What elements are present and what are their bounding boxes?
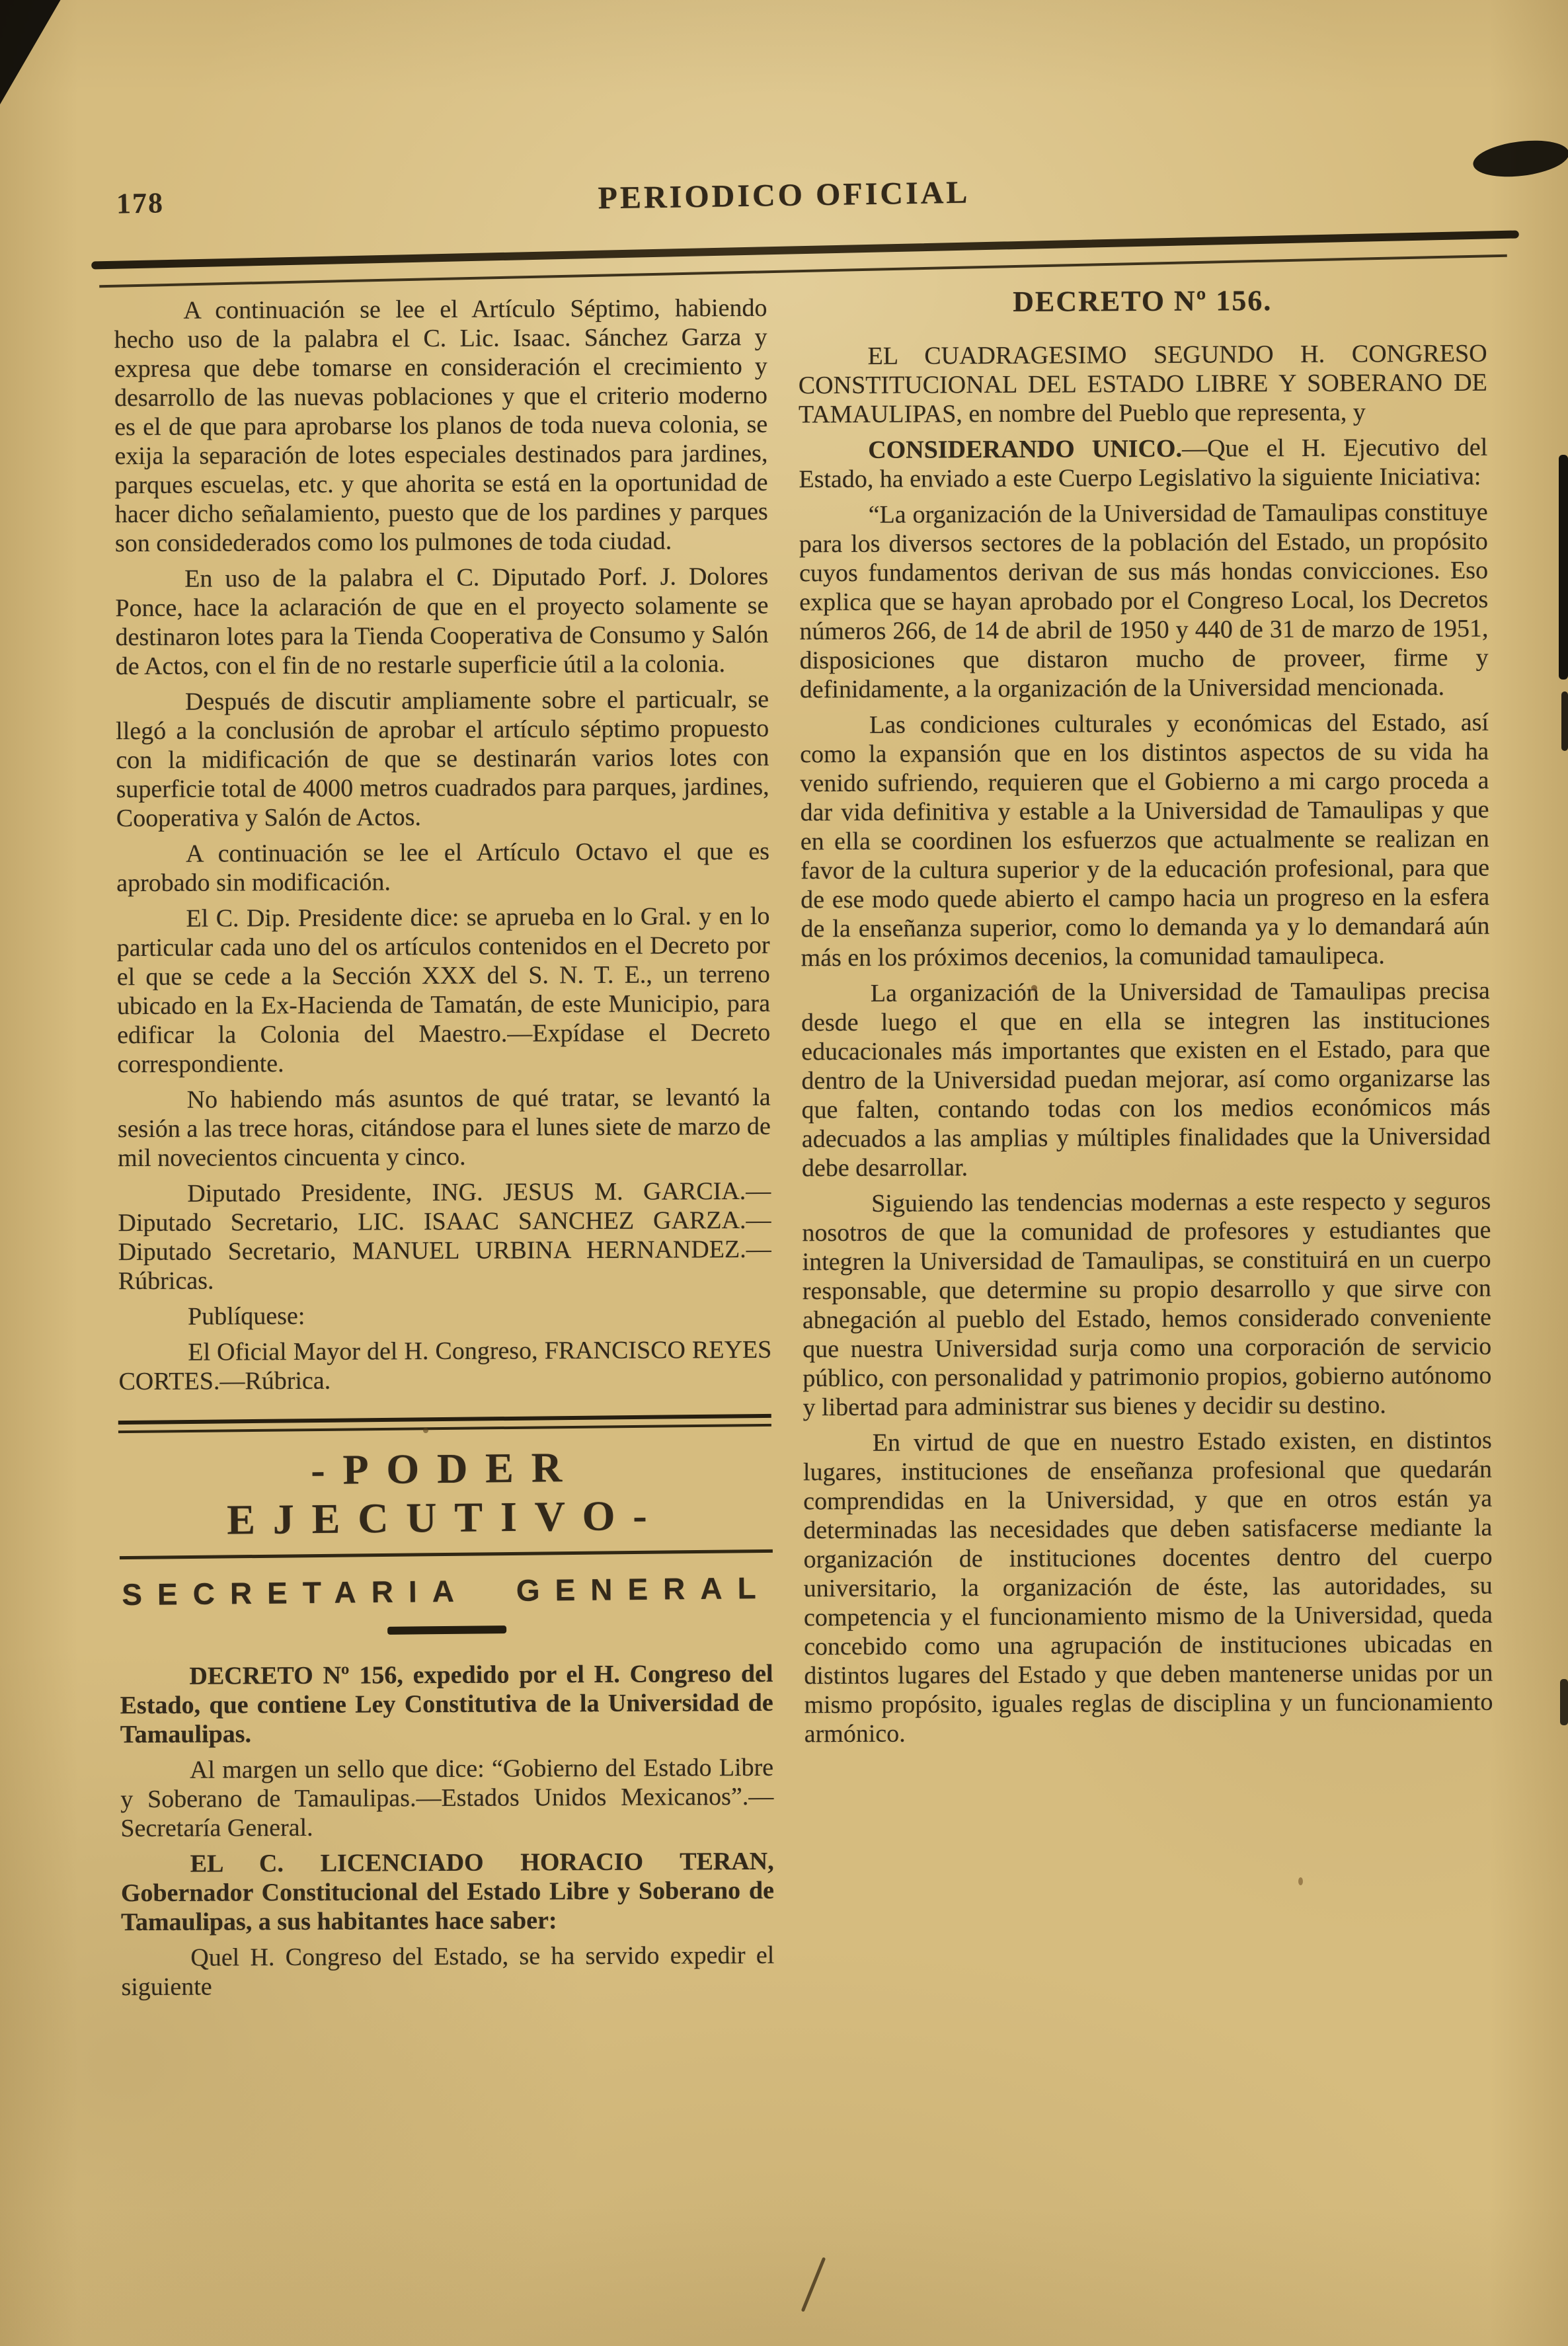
- paragraph-institutions: En virtud de que en nuestro Estado exist…: [803, 1426, 1493, 1749]
- masthead-title: PERIODICO OFICIAL: [0, 165, 1568, 225]
- left-column: A continuación se lee el Artículo Séptim…: [114, 293, 774, 2008]
- section-divider: [387, 1625, 506, 1635]
- poder-rule-bottom: [120, 1549, 773, 1559]
- right-column: DECRETO Nº 156. EL CUADRAGESIMO SEGUNDO …: [798, 283, 1493, 1756]
- considerando-label: CONSIDERANDO UNICO.: [868, 435, 1182, 464]
- paragraph-congress-issues: Quel H. Congreso del Estado, se ha servi…: [121, 1941, 774, 2002]
- paper-speck: [423, 1428, 428, 1433]
- poder-ejecutivo-section-header: -PODER EJECUTIVO- SECRETARIA GENERAL: [118, 1414, 773, 1637]
- poder-rule-top-thin: [118, 1424, 771, 1433]
- decreto-156-heading: DECRETO Nº 156.: [798, 283, 1487, 320]
- paragraph-president-approval: El C. Dip. Presidente dice: se aprueba e…: [116, 902, 770, 1079]
- paragraph-considerando: CONSIDERANDO UNICO.—Que el H. Ejecutivo …: [799, 433, 1487, 494]
- paper-speck: [1298, 1877, 1303, 1885]
- pen-slash-mark: [801, 2257, 826, 2312]
- paragraph-oficial-mayor: El Oficial Mayor del H. Congreso, FRANCI…: [118, 1335, 771, 1396]
- gazette-page: 178 PERIODICO OFICIAL A continuación se …: [0, 0, 1568, 2346]
- secretaria-general-title: SECRETARIA GENERAL: [120, 1570, 773, 1612]
- paragraph-article-seven: A continuación se lee el Artículo Séptim…: [114, 293, 768, 558]
- scan-artifact-right-edge-strip: [1559, 455, 1568, 680]
- paragraph-seal-margin: Al margen un sello que dice: “Gobierno d…: [120, 1753, 774, 1843]
- paragraph-article-eight: A continuación se lee el Artículo Octavo…: [116, 837, 769, 898]
- decreto-summary: DECRETO Nº 156, expedido por el H. Congr…: [120, 1659, 773, 1749]
- paragraph-conditions: Las condiciones culturales y económicas …: [800, 708, 1490, 973]
- scan-artifact-top-left-corner: [0, 0, 69, 104]
- paragraph-discussion-result: Después de discutir ampliamente sobre el…: [116, 685, 769, 833]
- scan-artifact-right-edge-strip-2: [1561, 691, 1568, 751]
- paragraph-organization: La organización de la Universidad de Tam…: [801, 976, 1491, 1183]
- paragraph-session-closing: No habiendo más asuntos de qué tratar, s…: [118, 1083, 771, 1173]
- paragraph-signatures: Diputado Presidente, ING. JESUS M. GARCI…: [118, 1177, 771, 1296]
- paragraph-dolores-ponce: En uso de la palabra el C. Diputado Porf…: [115, 562, 769, 681]
- paragraph-modern-tendencies: Siguiendo las tendencias modernas a este…: [802, 1187, 1492, 1423]
- paragraph-publiquese: Publíquese:: [118, 1300, 771, 1331]
- poder-ejecutivo-title: -PODER EJECUTIVO-: [118, 1441, 772, 1545]
- paragraph-congress-caps: EL CUADRAGESIMO SEGUNDO H. CONGRESO CONS…: [799, 339, 1488, 430]
- paragraph-governor-proclamation: EL C. LICENCIADO HORACIO TERAN, Gobernad…: [121, 1847, 775, 1937]
- masthead-rule-thick: [91, 230, 1519, 269]
- paragraph-iniciativa-quote: “La organización de la Universidad de Ta…: [799, 498, 1489, 705]
- poder-rule-top-thick: [118, 1414, 771, 1425]
- scan-artifact-right-edge-strip-3: [1560, 1679, 1568, 1725]
- paper-speck: [1031, 985, 1037, 991]
